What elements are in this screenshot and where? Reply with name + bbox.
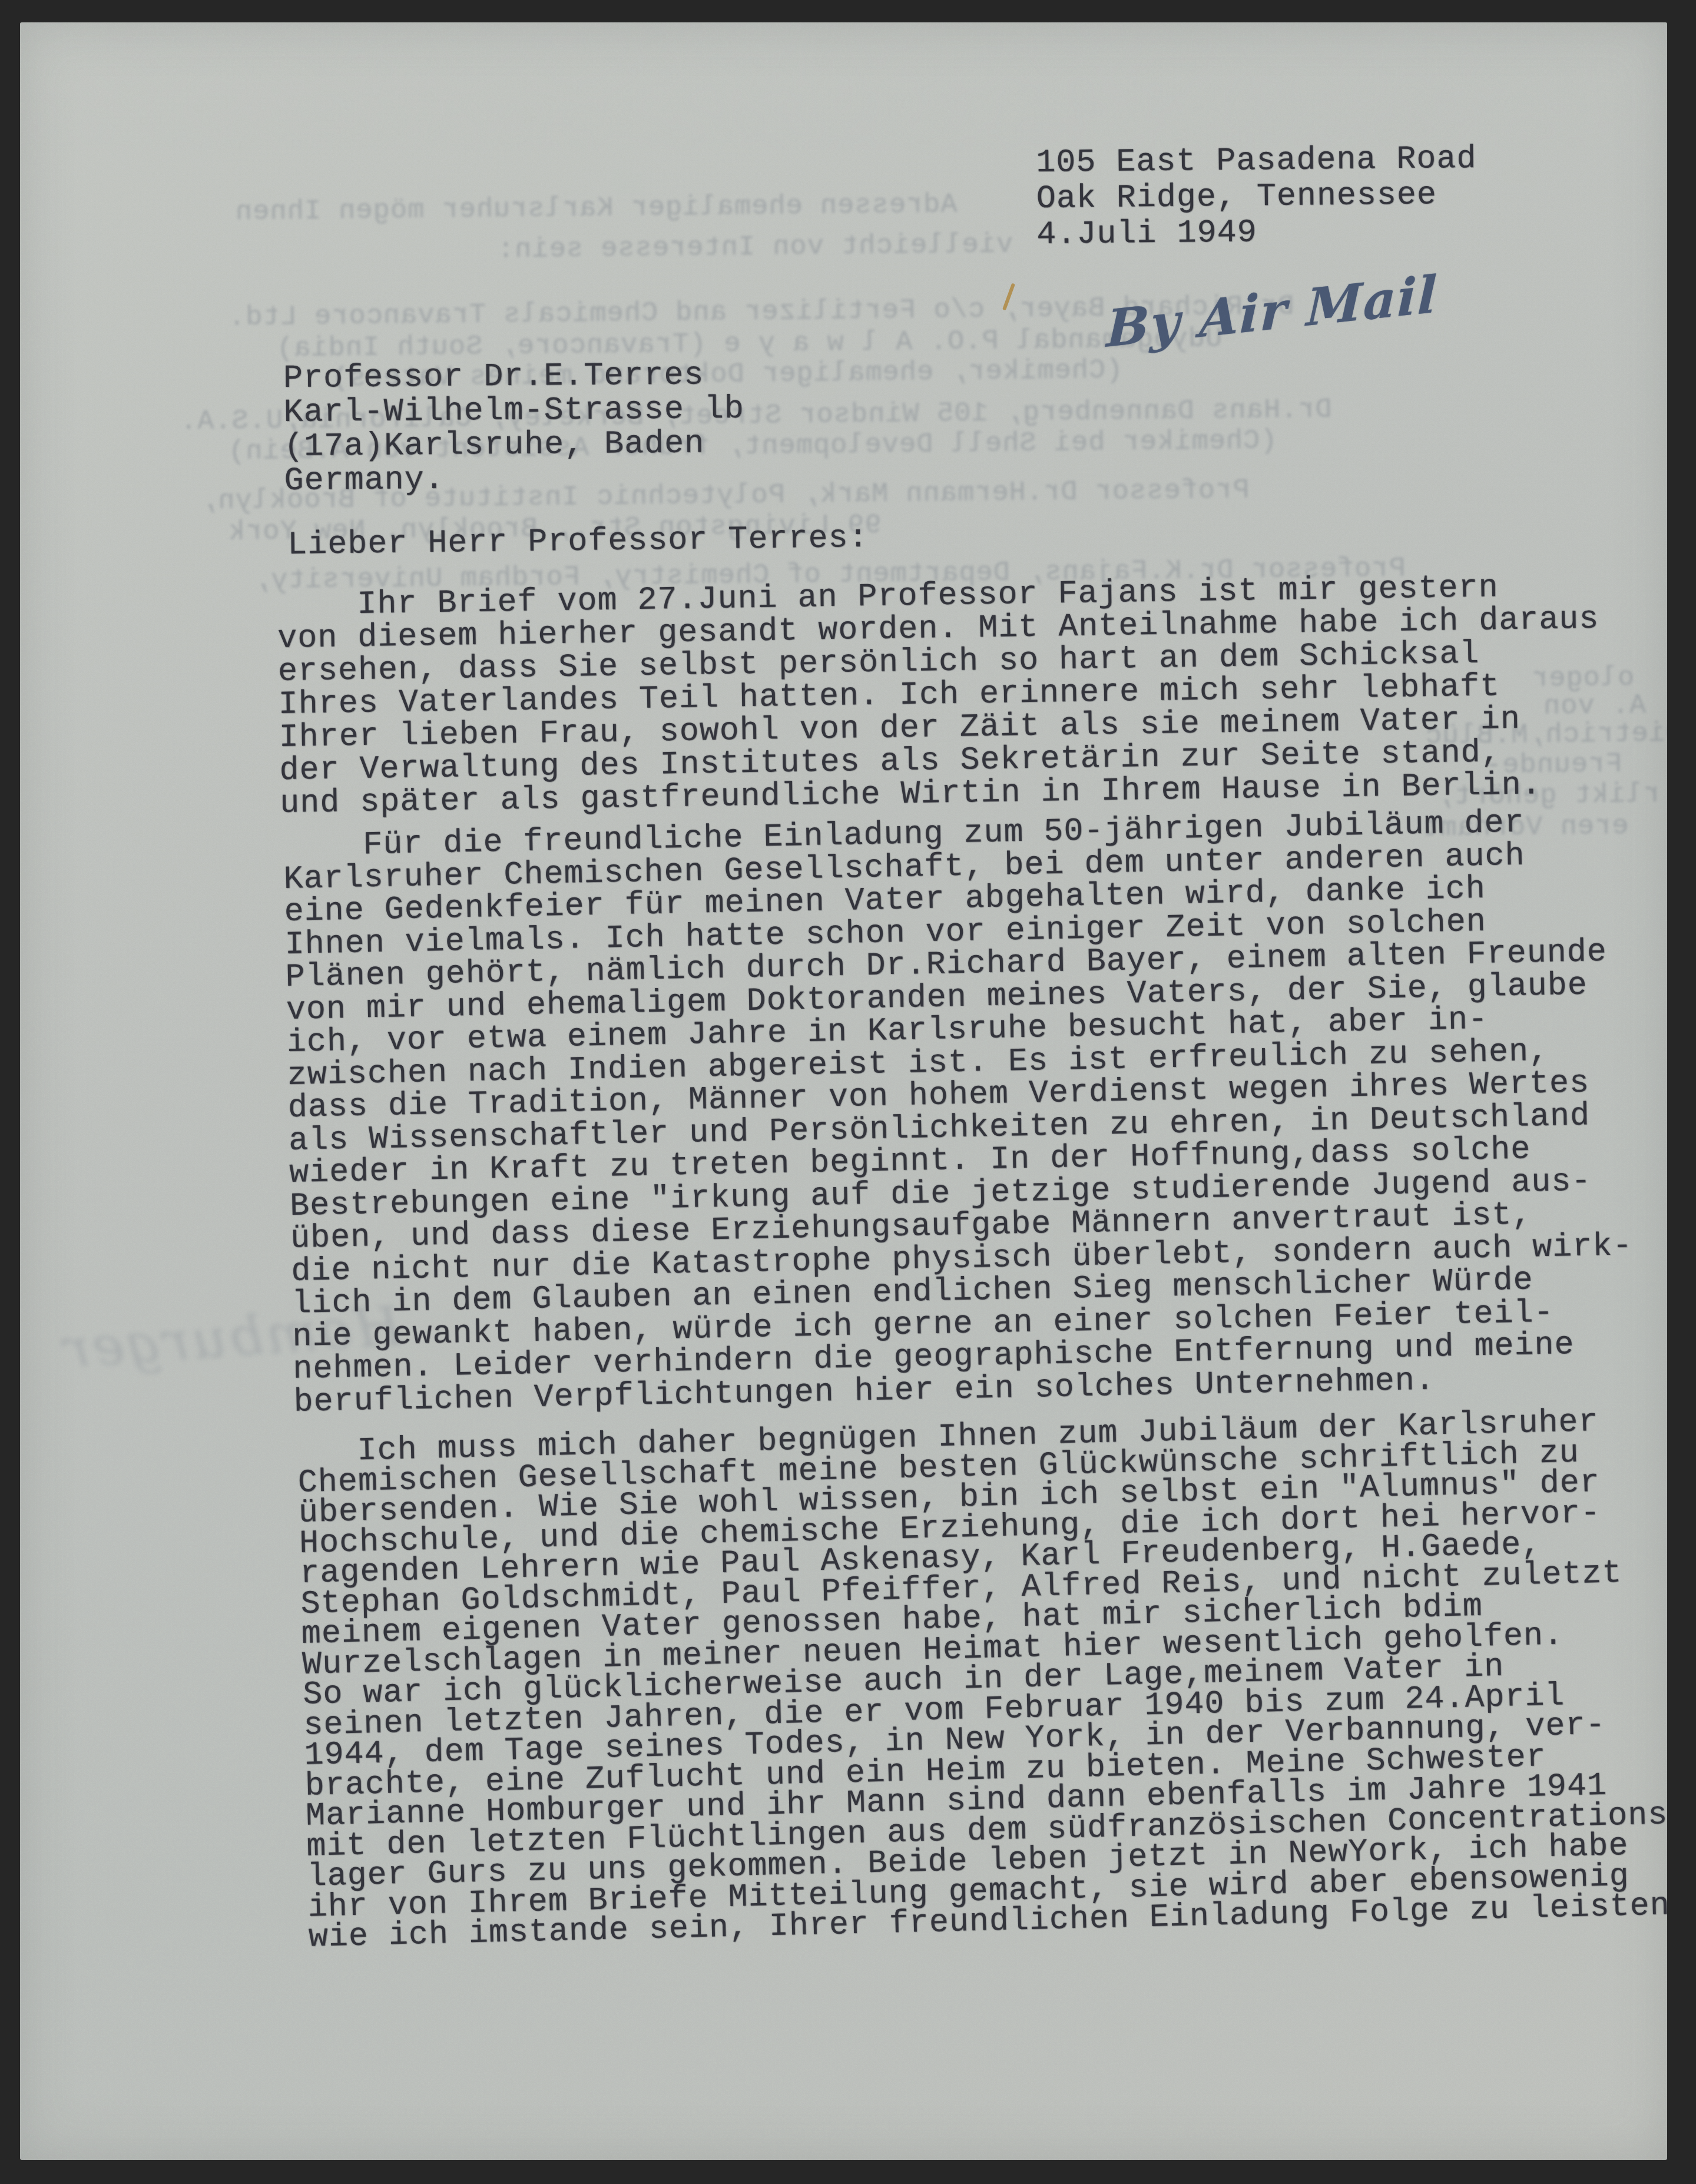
ghost-text-line: Adressen ehemaliger Karlsruher mögen Ihn… — [235, 190, 958, 228]
letter-page: Adressen ehemaliger Karlsruher mögen Ihn… — [20, 22, 1667, 2160]
body-paragraph-1: Ihr Brief vom 27.Juni an Professor Fajan… — [277, 570, 1602, 820]
body-paragraph-2: Für die freundliche Einladung zum 50-jäh… — [283, 804, 1635, 1419]
body-paragraph-3: Ich muss mich daher begnügen Ihnen zum J… — [297, 1405, 1667, 1953]
salutation: Lieber Herr Professor Terres: — [287, 519, 869, 564]
sender-address-block: 105 East Pasadena Road Oak Ridge, Tennes… — [1036, 141, 1478, 253]
scan-background: { "scan": { "background_color": "#262626… — [0, 0, 1696, 2184]
ghost-text-line: vielleicht von Interesse sein: — [497, 229, 1013, 266]
recipient-address-block: Professor Dr.E.Terres Karl-Wilhelm-Stras… — [283, 358, 745, 498]
